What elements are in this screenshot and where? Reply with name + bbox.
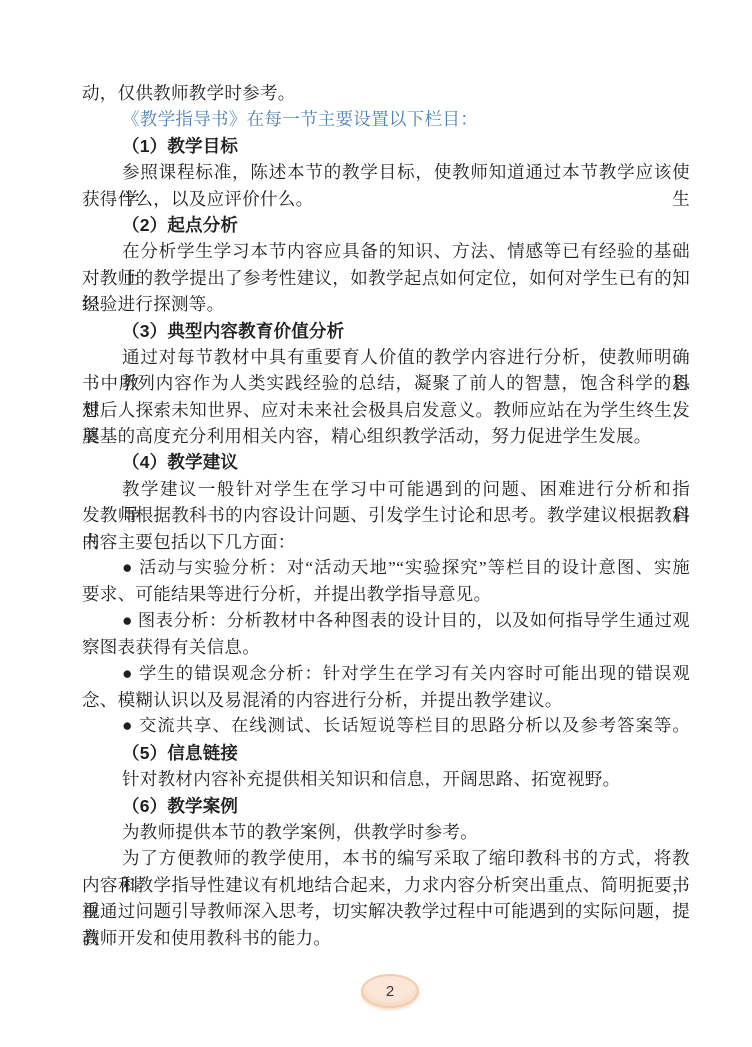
section-heading-1: （1）教学目标: [82, 133, 690, 159]
body-line: 参照课程标准，陈述本节的教学目标，使教师知道通过本节教学应该使学生: [82, 159, 690, 185]
page-number-badge: 2: [361, 974, 419, 1008]
page-number: 2: [386, 983, 394, 1000]
body-line: 经验进行探测等。: [82, 291, 690, 317]
body-line: 要求、可能结果等进行分析，并提出教学指导意见。: [82, 581, 690, 607]
body-line: 为了方便教师的教学使用，本书的编写采取了缩印教科书的方式，将教科书: [82, 845, 690, 871]
bullet-item: ● 活动与实验分析：对“活动天地”“实验探究”等栏目的设计意图、实施: [82, 555, 690, 581]
section-heading-3: （3）典型内容教育价值分析: [82, 318, 690, 344]
body-line: 教师开发和使用教科书的能力。: [82, 925, 690, 951]
body-line: 针对教材内容补充提供相关知识和信息，开阔思路、拓宽视野。: [82, 766, 690, 792]
section-heading-4: （4）教学建议: [82, 449, 690, 475]
body-line: 视通过问题引导教师深入思考，切实解决教学过程中可能遇到的实际问题，提高: [82, 898, 690, 924]
body-line: 动，仅供教师教学时参考。: [82, 80, 690, 106]
document-page: 动，仅供教师教学时参考。 《教学指导书》在每一节主要设置以下栏目： （1）教学目…: [0, 0, 752, 1047]
bullet-item: ● 交流共享、在线测试、长话短说等栏目的思路分析以及参考答案等。: [82, 713, 690, 739]
body-line: 对后人探索未知世界、应对未来社会极具启发意义。教师应站在为学生终生发展: [82, 397, 690, 423]
bullet-item: ● 学生的错误观念分析：针对学生在学习有关内容时可能出现的错误观: [82, 661, 690, 687]
body-line: 奠基的高度充分利用相关内容，精心组织教学活动，努力促进学生发展。: [82, 423, 690, 449]
body-line: 通过对每节教材中具有重要育人价值的教学内容进行分析，使教师明确教科: [82, 344, 690, 370]
lead-sentence: 《教学指导书》在每一节主要设置以下栏目：: [82, 106, 690, 132]
section-heading-2: （2）起点分析: [82, 212, 690, 238]
section-heading-6: （6）教学案例: [82, 793, 690, 819]
body-line: 发教师根据教科书的内容设计问题、引发学生讨论和思考。教学建议根据教科书: [82, 502, 690, 528]
body-line: 对教师的教学提出了参考性建议，如教学起点如何定位，如何对学生已有的知识: [82, 265, 690, 291]
body-line: 在分析学生学习本节内容应具备的知识、方法、情感等已有经验的基础上，: [82, 238, 690, 264]
body-line: 察图表获得有关信息。: [82, 634, 690, 660]
body-line: 书中所列内容作为人类实践经验的总结，凝聚了前人的智慧，饱含科学的思想，: [82, 370, 690, 396]
body-line: 为教师提供本节的教学案例，供教学时参考。: [82, 819, 690, 845]
section-heading-5: （5）信息链接: [82, 740, 690, 766]
body-line: 教学建议一般针对学生在学习中可能遇到的问题、困难进行分析和指导，启: [82, 476, 690, 502]
bullet-item: ● 图表分析：分析教材中各种图表的设计目的，以及如何指导学生通过观: [82, 608, 690, 634]
body-line: 内容主要包括以下几方面：: [82, 529, 690, 555]
body-line: 内容和教学指导性建议有机地结合起来，力求内容分析突出重点、简明扼要，重: [82, 872, 690, 898]
text-block: 动，仅供教师教学时参考。 《教学指导书》在每一节主要设置以下栏目： （1）教学目…: [82, 80, 690, 951]
body-line: 念、模糊认识以及易混淆的内容进行分析，并提出教学建议。: [82, 687, 690, 713]
